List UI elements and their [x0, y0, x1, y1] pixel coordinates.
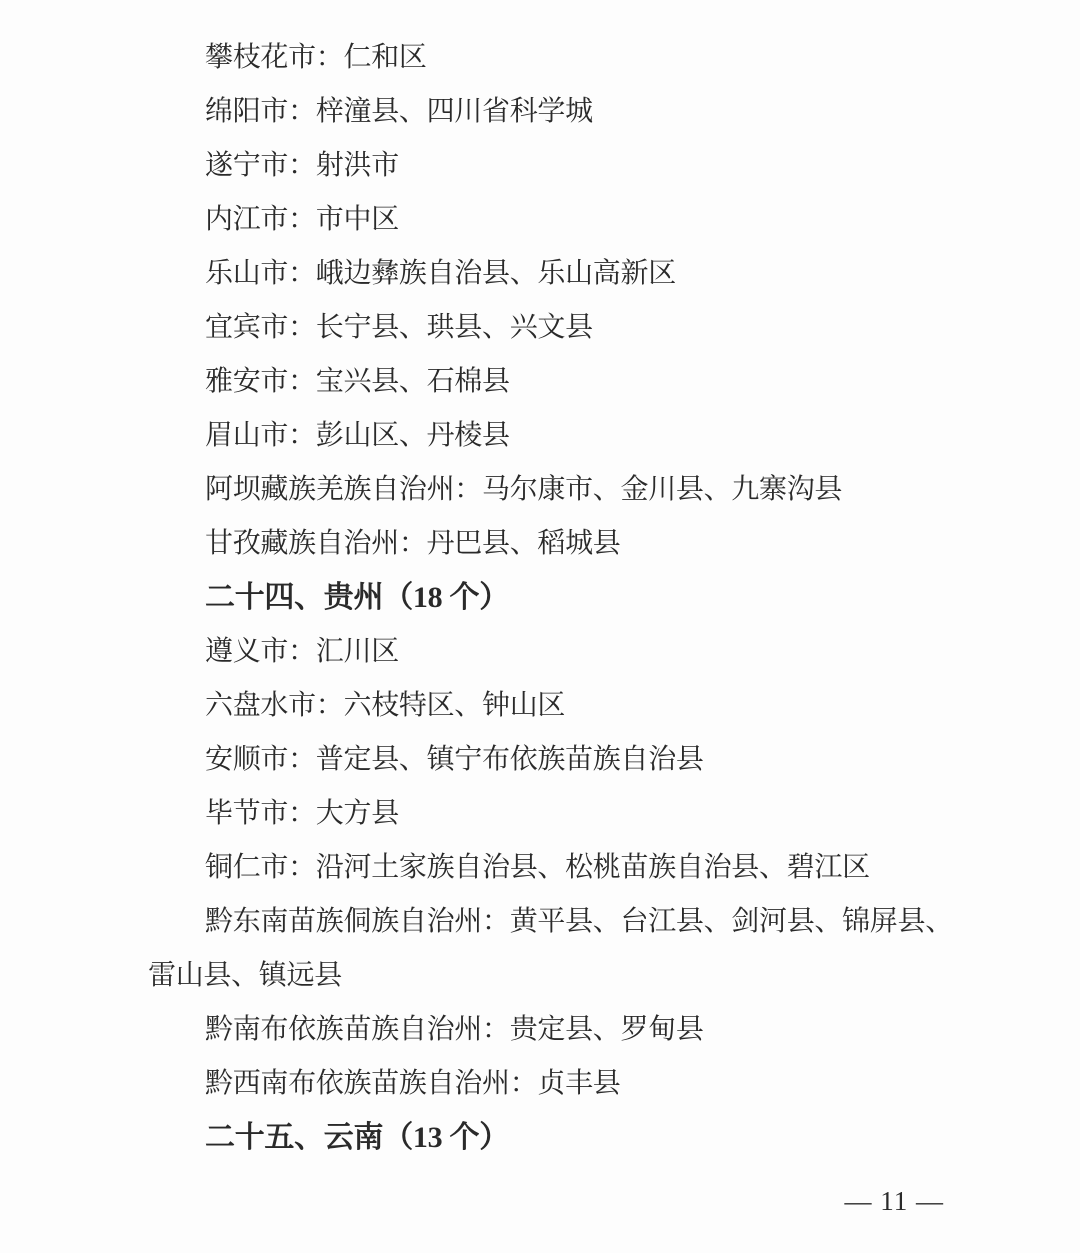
document-page: 攀枝花市：仁和区 绵阳市：梓潼县、四川省科学城 遂宁市：射洪市 内江市：市中区 … — [0, 0, 1080, 1253]
entry-line: 雅安市：宝兴县、石棉县 — [148, 355, 968, 409]
entry-line: 乐山市：峨边彝族自治县、乐山高新区 — [148, 247, 968, 301]
entry-line: 毕节市：大方县 — [148, 787, 968, 841]
entry-line: 六盘水市：六枝特区、钟山区 — [148, 679, 968, 733]
section-guizhou: 二十四、贵州（18 个） 遵义市：汇川区 六盘水市：六枝特区、钟山区 安顺市：普… — [148, 571, 968, 1111]
entry-line: 甘孜藏族自治州：丹巴县、稻城县 — [148, 517, 968, 571]
section-yunnan: 二十五、云南（13 个） — [148, 1111, 968, 1165]
entry-line: 内江市：市中区 — [148, 193, 968, 247]
entry-line: 安顺市：普定县、镇宁布依族苗族自治县 — [148, 733, 968, 787]
section-heading-guizhou: 二十四、贵州（18 个） — [148, 571, 968, 625]
entry-line: 绵阳市：梓潼县、四川省科学城 — [148, 85, 968, 139]
document-content: 攀枝花市：仁和区 绵阳市：梓潼县、四川省科学城 遂宁市：射洪市 内江市：市中区 … — [148, 31, 968, 1165]
entry-line: 阿坝藏族羌族自治州：马尔康市、金川县、九寨沟县 — [148, 463, 968, 517]
entry-line: 黔西南布依族苗族自治州：贞丰县 — [148, 1057, 968, 1111]
entry-line: 宜宾市：长宁县、珙县、兴文县 — [148, 301, 968, 355]
entry-line: 攀枝花市：仁和区 — [148, 31, 968, 85]
entry-line: 眉山市：彭山区、丹棱县 — [148, 409, 968, 463]
section-sichuan-continued: 攀枝花市：仁和区 绵阳市：梓潼县、四川省科学城 遂宁市：射洪市 内江市：市中区 … — [148, 31, 968, 571]
entry-line: 黔东南苗族侗族自治州：黄平县、台江县、剑河县、锦屏县、雷山县、镇远县 — [148, 895, 968, 1003]
entry-line: 黔南布依族苗族自治州：贵定县、罗甸县 — [148, 1003, 968, 1057]
section-heading-yunnan: 二十五、云南（13 个） — [148, 1111, 968, 1165]
entry-line: 遂宁市：射洪市 — [148, 139, 968, 193]
entry-line: 遵义市：汇川区 — [148, 625, 968, 679]
page-number: — 11 — — [845, 1184, 945, 1218]
entry-line: 铜仁市：沿河土家族自治县、松桃苗族自治县、碧江区 — [148, 841, 968, 895]
